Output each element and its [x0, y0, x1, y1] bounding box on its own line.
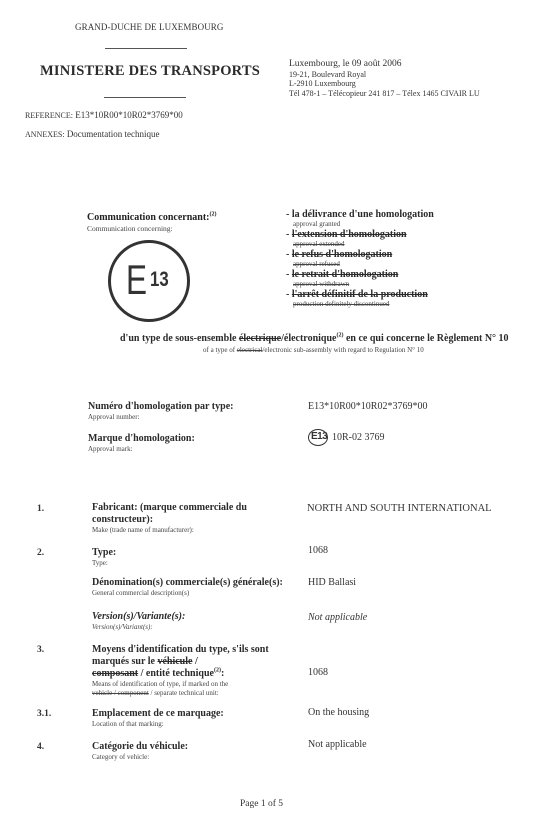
regulation-line-fr: d'un type de sous-ensemble électrique/él…	[120, 333, 509, 344]
communication-option: - le retrait d'homologationapproval with…	[286, 269, 434, 289]
address-contact: Tél 478-1 – Télécopieur 241 817 – Télex …	[289, 89, 480, 99]
emark-number: 13	[150, 269, 169, 291]
field-number: 3.1.	[37, 709, 51, 719]
field-version-value: Not applicable	[308, 612, 367, 623]
e13-mini-mark-icon: E13	[308, 429, 328, 446]
field-number: 3.	[37, 645, 44, 655]
field-version-label: Version(s)/Variante(s): Version(s)/Varia…	[92, 611, 185, 632]
field-manufacturer-label: Fabricant: (marque commerciale du constr…	[92, 502, 292, 535]
communication-option: - la délivrance d'une homologationapprov…	[286, 209, 434, 229]
field-number: 4.	[37, 742, 44, 752]
field-marking-location-label: Emplacement de ce marquage: Location of …	[92, 708, 224, 729]
regulation-line-en: of a type of electrical/electronic sub-a…	[203, 346, 424, 354]
ministry-title: MINISTERE DES TRANSPORTS	[40, 63, 260, 80]
field-identification-label: Moyens d'identification du type, s'ils s…	[92, 644, 297, 698]
annexes-label: ANNEXES:	[25, 130, 65, 139]
communication-subtitle: Communication concerning:	[87, 224, 173, 233]
date-line: Luxembourg, le 09 août 2006	[289, 60, 480, 70]
communication-options: - la délivrance d'une homologationapprov…	[286, 209, 434, 309]
field-type-value: 1068	[308, 545, 328, 556]
approval-number-label: Numéro d'homologation par type: Approval…	[88, 401, 233, 422]
communication-option: - l'arrêt définitif de la productionprod…	[286, 289, 434, 309]
address-street: 19-21, Boulevard Royal	[289, 70, 480, 80]
field-manufacturer-value: NORTH AND SOUTH INTERNATIONAL	[307, 503, 492, 514]
field-type-label: Type: Type:	[92, 547, 116, 568]
reference-label: REFERENCE:	[25, 111, 73, 120]
e13-approval-mark-icon: E 13	[108, 240, 190, 322]
communication-option: - le refus d'homologationapproval refuse…	[286, 249, 434, 269]
annexes-value: Documentation technique	[67, 129, 160, 139]
reference-line: REFERENCE: E13*10R00*10R02*3769*00	[25, 110, 183, 120]
field-vehicle-category-value: Not applicable	[308, 739, 367, 750]
field-number: 2.	[37, 548, 44, 558]
sender-address: Luxembourg, le 09 août 2006 19-21, Boule…	[289, 60, 480, 98]
field-commercial-description-value: HID Ballasi	[308, 577, 356, 588]
address-city: L-2910 Luxembourg	[289, 79, 480, 89]
communication-option: - l'extension d'homologationapproval ext…	[286, 229, 434, 249]
approval-mark-label: Marque d'homologation: Approval mark:	[88, 433, 195, 454]
annexes-line: ANNEXES: Documentation technique	[25, 129, 160, 139]
field-vehicle-category-label: Catégorie du véhicule: Category of vehic…	[92, 741, 188, 762]
approval-mark-value: E1310R-02 3769	[308, 429, 385, 446]
field-number: 1.	[37, 504, 44, 514]
approval-number-value: E13*10R00*10R02*3769*00	[308, 401, 427, 412]
communication-title: Communication concernant:(2)	[87, 212, 217, 223]
page-number: Page 1 of 5	[240, 799, 283, 809]
field-marking-location-value: On the housing	[308, 707, 369, 718]
field-identification-value: 1068	[308, 667, 328, 678]
header-divider	[105, 48, 187, 49]
field-commercial-description-label: Dénomination(s) commerciale(s) générale(…	[92, 577, 283, 598]
reference-value: E13*10R00*10R02*3769*00	[75, 110, 183, 120]
country-heading: GRAND-DUCHE DE LUXEMBOURG	[75, 22, 224, 32]
header-divider	[104, 97, 186, 98]
emark-letter: E	[126, 259, 147, 301]
